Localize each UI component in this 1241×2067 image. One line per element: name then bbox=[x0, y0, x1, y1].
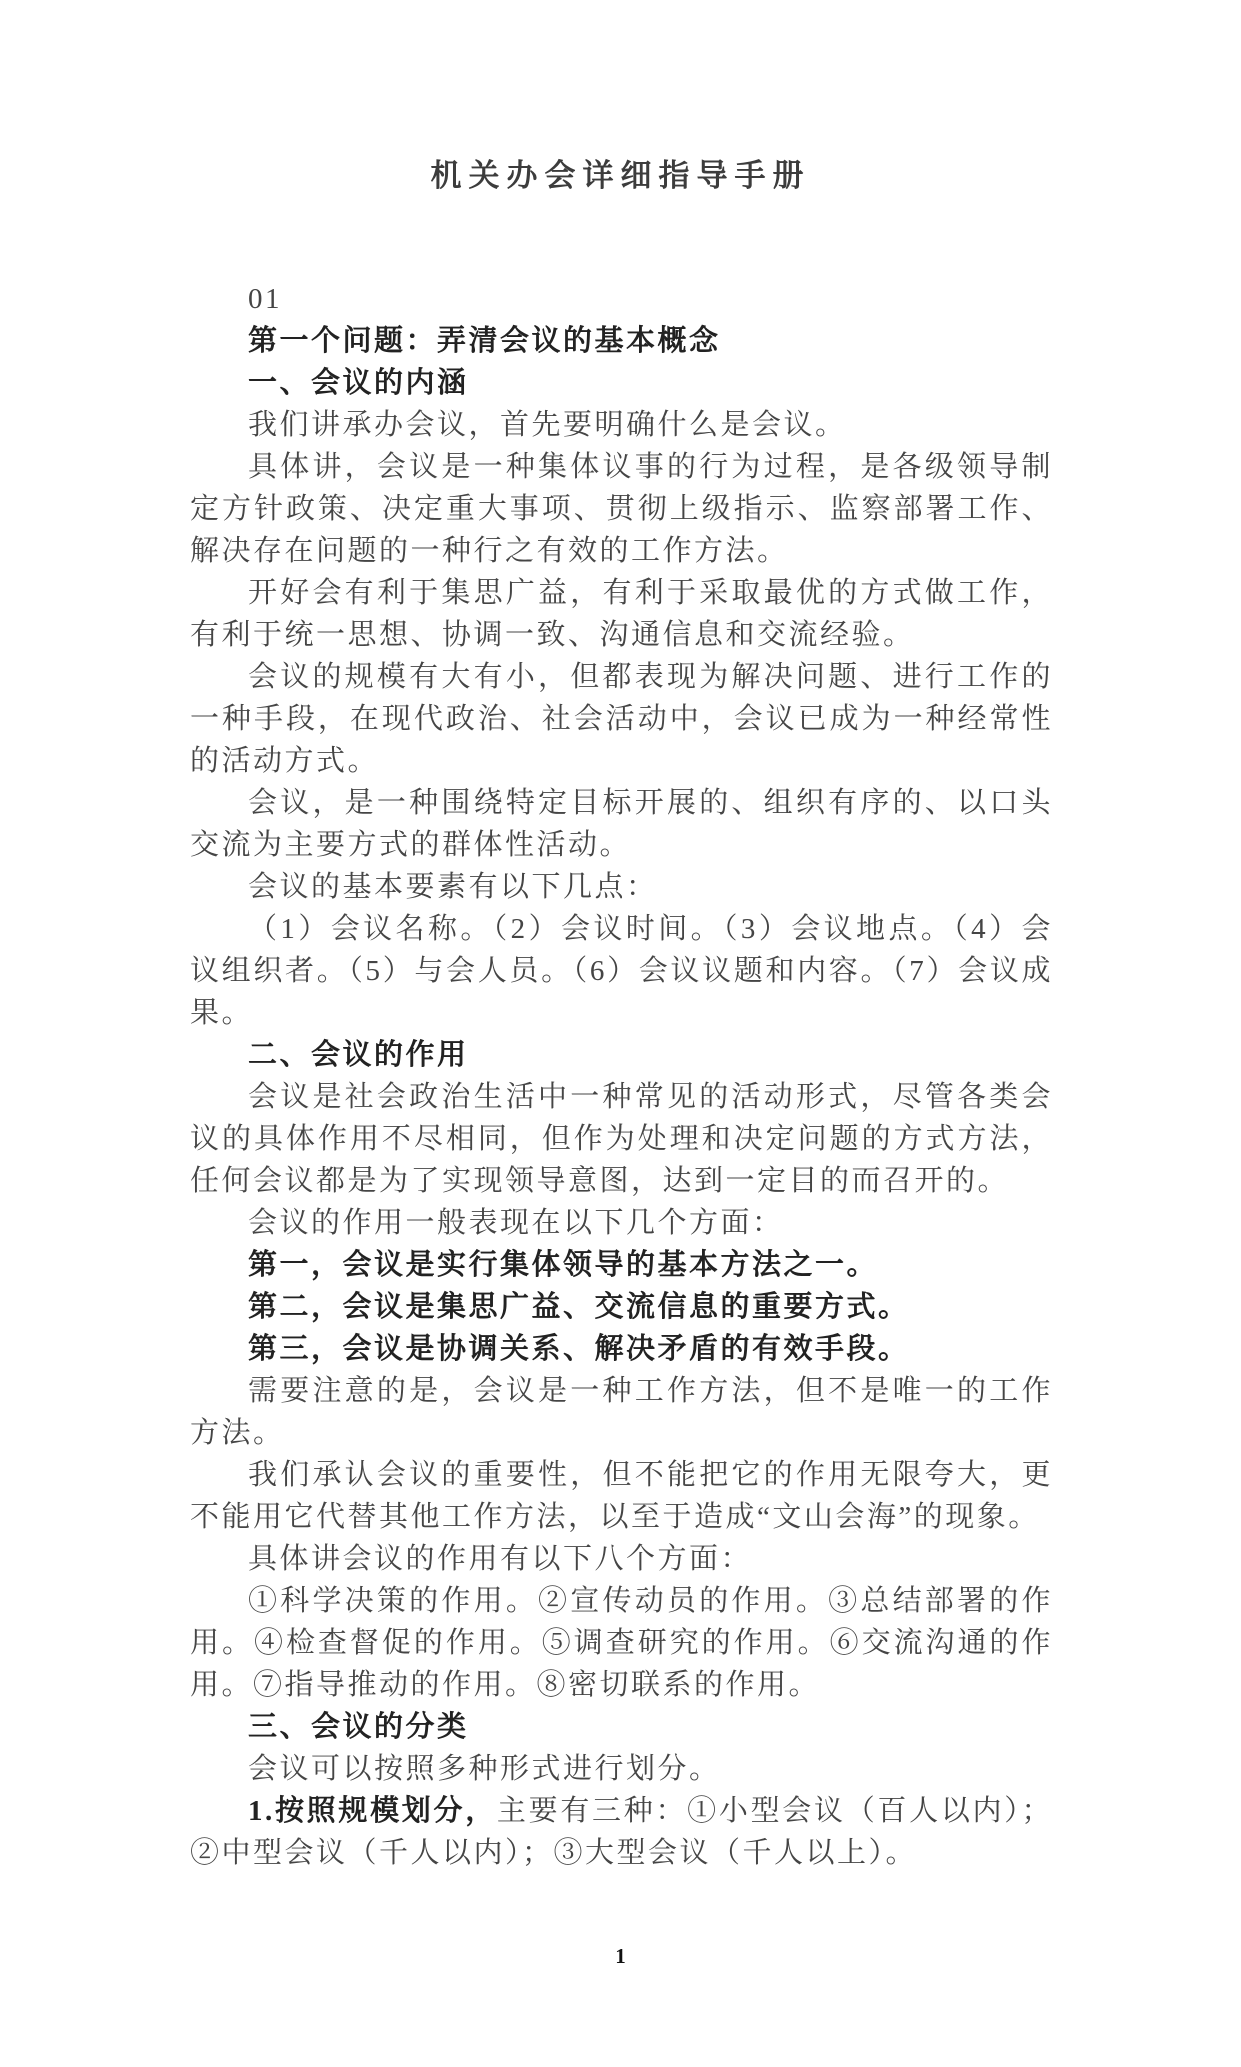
body-paragraph: 我们讲承办会议，首先要明确什么是会议。 bbox=[190, 404, 1053, 446]
body-paragraph: ①科学决策的作用。②宣传动员的作用。③总结部署的作用。④检查督促的作用。⑤调查研… bbox=[190, 1580, 1053, 1706]
body-paragraph: 1.按照规模划分，主要有三种：①小型会议（百人以内）；②中型会议（千人以内）；③… bbox=[190, 1790, 1053, 1874]
heading-paragraph: 第三，会议是协调关系、解决矛盾的有效手段。 bbox=[190, 1328, 1053, 1370]
body-paragraph: 具体讲会议的作用有以下八个方面： bbox=[190, 1538, 1053, 1580]
body-paragraph: 具体讲，会议是一种集体议事的行为过程，是各级领导制定方针政策、决定重大事项、贯彻… bbox=[190, 446, 1053, 572]
body-paragraph: 会议可以按照多种形式进行划分。 bbox=[190, 1748, 1053, 1790]
bold-lead: 1.按照规模划分， bbox=[248, 1795, 497, 1827]
document-title: 机关办会详细指导手册 bbox=[0, 0, 1241, 196]
page-number: 1 bbox=[0, 1944, 1241, 1969]
document-page: 机关办会详细指导手册 01第一个问题：弄清会议的基本概念一、会议的内涵我们讲承办… bbox=[0, 0, 1241, 2067]
body-paragraph: 01 bbox=[190, 278, 1053, 320]
body-paragraph: 会议的基本要素有以下几点： bbox=[190, 866, 1053, 908]
heading-paragraph: 第二，会议是集思广益、交流信息的重要方式。 bbox=[190, 1286, 1053, 1328]
body-paragraph: 会议的规模有大有小，但都表现为解决问题、进行工作的一种手段，在现代政治、社会活动… bbox=[190, 656, 1053, 782]
heading-paragraph: 第一个问题：弄清会议的基本概念 bbox=[190, 320, 1053, 362]
body-paragraph: （1）会议名称。（2）会议时间。（3）会议地点。（4）会议组织者。（5）与会人员… bbox=[190, 908, 1053, 1034]
body-paragraph: 需要注意的是，会议是一种工作方法，但不是唯一的工作方法。 bbox=[190, 1370, 1053, 1454]
heading-paragraph: 三、会议的分类 bbox=[190, 1706, 1053, 1748]
heading-paragraph: 一、会议的内涵 bbox=[190, 362, 1053, 404]
body-paragraph: 我们承认会议的重要性，但不能把它的作用无限夸大，更不能用它代替其他工作方法，以至… bbox=[190, 1454, 1053, 1538]
body-paragraph: 会议是社会政治生活中一种常见的活动形式，尽管各类会议的具体作用不尽相同，但作为处… bbox=[190, 1076, 1053, 1202]
document-body: 01第一个问题：弄清会议的基本概念一、会议的内涵我们讲承办会议，首先要明确什么是… bbox=[190, 278, 1053, 1874]
body-paragraph: 开好会有利于集思广益，有利于采取最优的方式做工作，有利于统一思想、协调一致、沟通… bbox=[190, 572, 1053, 656]
body-paragraph: 会议的作用一般表现在以下几个方面： bbox=[190, 1202, 1053, 1244]
heading-paragraph: 第一，会议是实行集体领导的基本方法之一。 bbox=[190, 1244, 1053, 1286]
body-paragraph: 会议，是一种围绕特定目标开展的、组织有序的、以口头交流为主要方式的群体性活动。 bbox=[190, 782, 1053, 866]
heading-paragraph: 二、会议的作用 bbox=[190, 1034, 1053, 1076]
